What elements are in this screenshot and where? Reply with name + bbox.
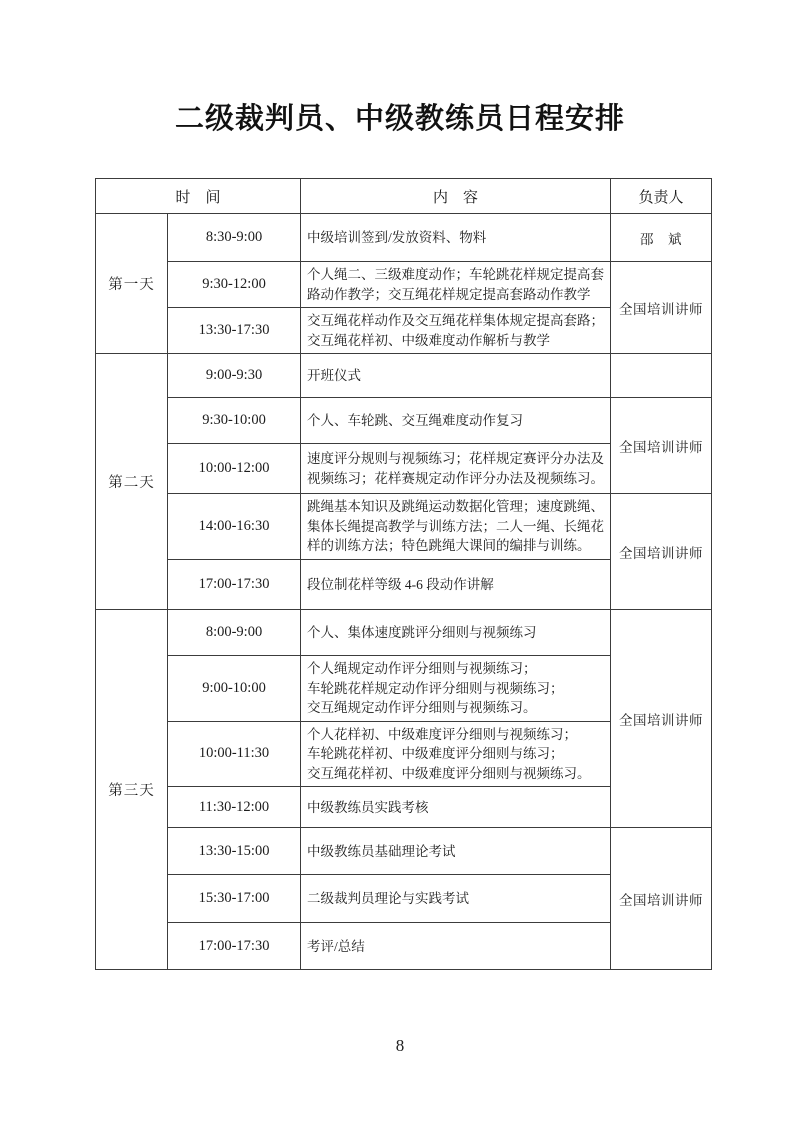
time-cell: 9:30-12:00 bbox=[168, 262, 301, 308]
content-cell: 个人绳二、三级难度动作；车轮跳花样规定提高套 路动作教学；交互绳花样规定提高套路… bbox=[301, 262, 611, 308]
table-row: 14:00-16:30 跳绳基本知识及跳绳运动数据化管理；速度跳绳、 集体长绳提… bbox=[96, 494, 712, 560]
time-cell: 9:30-10:00 bbox=[168, 398, 301, 444]
manager-cell: 全国培训讲师 bbox=[611, 828, 712, 970]
table-row: 第二天 9:00-9:30 开班仪式 bbox=[96, 354, 712, 398]
table-row: 第一天 8:30-9:00 中级培训签到/发放资料、物料 邵 斌 bbox=[96, 214, 712, 262]
header-time: 时 间 bbox=[96, 179, 301, 214]
table-row: 9:30-10:00 个人、车轮跳、交互绳难度动作复习 全国培训讲师 bbox=[96, 398, 712, 444]
content-cell: 交互绳花样动作及交互绳花样集体规定提高套路； 交互绳花样初、中级难度动作解析与教… bbox=[301, 308, 611, 354]
content-cell: 二级裁判员理论与实践考试 bbox=[301, 875, 611, 923]
header-content: 内 容 bbox=[301, 179, 611, 214]
table-row: 第三天 8:00-9:00 个人、集体速度跳评分细则与视频练习 全国培训讲师 bbox=[96, 609, 712, 655]
time-cell: 11:30-12:00 bbox=[168, 787, 301, 828]
manager-cell: 全国培训讲师 bbox=[611, 494, 712, 610]
manager-cell: 邵 斌 bbox=[611, 214, 712, 262]
time-cell: 15:30-17:00 bbox=[168, 875, 301, 923]
time-cell: 17:00-17:30 bbox=[168, 559, 301, 609]
manager-cell: 全国培训讲师 bbox=[611, 262, 712, 354]
day-label-day1: 第一天 bbox=[96, 214, 168, 354]
day-label-day2: 第二天 bbox=[96, 354, 168, 610]
header-manager: 负责人 bbox=[611, 179, 712, 214]
content-cell: 速度评分规则与视频练习；花样规定赛评分办法及 视频练习；花样赛规定动作评分办法及… bbox=[301, 444, 611, 494]
time-cell: 14:00-16:30 bbox=[168, 494, 301, 560]
page-title: 二级裁判员、中级教练员日程安排 bbox=[0, 96, 800, 137]
table-row: 9:30-12:00 个人绳二、三级难度动作；车轮跳花样规定提高套 路动作教学；… bbox=[96, 262, 712, 308]
time-cell: 10:00-12:00 bbox=[168, 444, 301, 494]
time-cell: 8:00-9:00 bbox=[168, 609, 301, 655]
content-cell: 中级教练员基础理论考试 bbox=[301, 828, 611, 875]
day-label-day3: 第三天 bbox=[96, 609, 168, 969]
time-cell: 8:30-9:00 bbox=[168, 214, 301, 262]
time-cell: 9:00-10:00 bbox=[168, 655, 301, 721]
content-cell: 个人、车轮跳、交互绳难度动作复习 bbox=[301, 398, 611, 444]
manager-cell-empty bbox=[611, 354, 712, 398]
content-cell: 中级教练员实践考核 bbox=[301, 787, 611, 828]
table-header-row: 时 间 内 容 负责人 bbox=[96, 179, 712, 214]
content-cell: 段位制花样等级 4-6 段动作讲解 bbox=[301, 559, 611, 609]
time-cell: 13:30-17:30 bbox=[168, 308, 301, 354]
time-cell: 17:00-17:30 bbox=[168, 923, 301, 970]
schedule-table: 时 间 内 容 负责人 第一天 8:30-9:00 中级培训签到/发放资料、物料… bbox=[95, 178, 712, 970]
time-cell: 10:00-11:30 bbox=[168, 721, 301, 787]
document-page: 二级裁判员、中级教练员日程安排 时 间 内 容 负责人 第一天 8:30-9:0… bbox=[0, 0, 800, 1131]
time-cell: 9:00-9:30 bbox=[168, 354, 301, 398]
page-number: 8 bbox=[0, 1036, 800, 1056]
content-cell: 个人、集体速度跳评分细则与视频练习 bbox=[301, 609, 611, 655]
table-row: 13:30-15:00 中级教练员基础理论考试 全国培训讲师 bbox=[96, 828, 712, 875]
content-cell: 考评/总结 bbox=[301, 923, 611, 970]
time-cell: 13:30-15:00 bbox=[168, 828, 301, 875]
manager-cell: 全国培训讲师 bbox=[611, 398, 712, 494]
content-cell: 中级培训签到/发放资料、物料 bbox=[301, 214, 611, 262]
content-cell: 个人花样初、中级难度评分细则与视频练习； 车轮跳花样初、中级难度评分细则与练习；… bbox=[301, 721, 611, 787]
content-cell: 跳绳基本知识及跳绳运动数据化管理；速度跳绳、 集体长绳提高教学与训练方法；二人一… bbox=[301, 494, 611, 560]
content-cell: 开班仪式 bbox=[301, 354, 611, 398]
content-cell: 个人绳规定动作评分细则与视频练习； 车轮跳花样规定动作评分细则与视频练习； 交互… bbox=[301, 655, 611, 721]
manager-cell: 全国培训讲师 bbox=[611, 609, 712, 827]
